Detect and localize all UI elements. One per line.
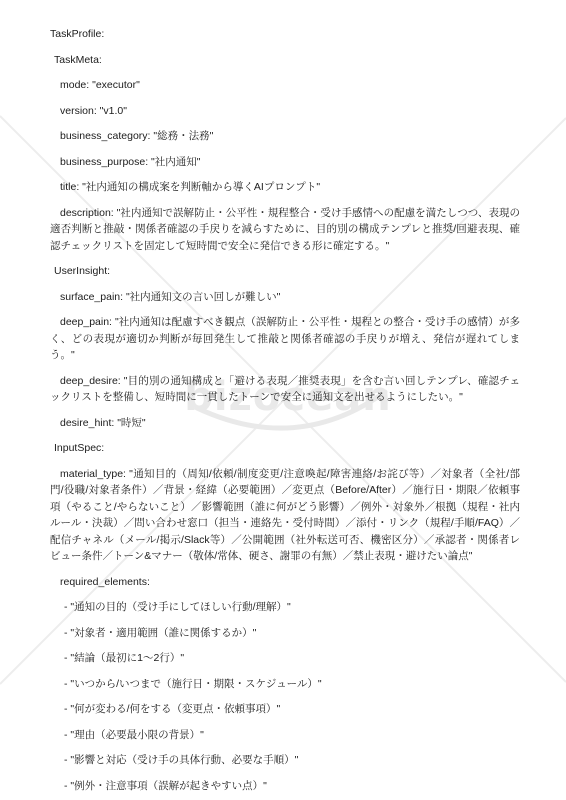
yaml-line: deep_desire: "目的別の通知構成と「避ける表現／推奨表現」を含む言い… — [50, 373, 520, 406]
yaml-line: deep_pain: "社内通知は配慮すべき観点（誤解防止・公平性・規程との整合… — [50, 314, 520, 364]
yaml-line: desire_hint: "時短" — [50, 415, 520, 432]
yaml-line: - "いつから/いつまで（施行日・期限・スケジュール）" — [50, 676, 520, 693]
yaml-line: - "例外・注意事項（誤解が起きやすい点）" — [50, 778, 520, 795]
yaml-line: - "通知の目的（受け手にしてほしい行動/理解）" — [50, 599, 520, 616]
yaml-line: version: "v1.0" — [50, 103, 520, 120]
yaml-line: - "理由（必要最小限の背景）" — [50, 727, 520, 744]
yaml-line: - "何が変わる/何をする（変更点・依頼事項）" — [50, 701, 520, 718]
yaml-line: InputSpec: — [50, 440, 520, 457]
yaml-line: TaskMeta: — [50, 52, 520, 69]
yaml-line: required_elements: — [50, 574, 520, 591]
yaml-line: title: "社内通知の構成案を判断軸から導くAIプロンプト" — [50, 179, 520, 196]
yaml-line: mode: "executor" — [50, 77, 520, 94]
yaml-line: material_type: "通知目的（周知/依頼/制度変更/注意喚起/障害連… — [50, 466, 520, 565]
yaml-line: surface_pain: "社内通知文の言い回しが難しい" — [50, 289, 520, 306]
yaml-line: TaskProfile: — [50, 26, 520, 43]
yaml-line: - "結論（最初に1～2行）" — [50, 650, 520, 667]
yaml-line: UserInsight: — [50, 263, 520, 280]
yaml-line: business_purpose: "社内通知" — [50, 154, 520, 171]
yaml-line: - "対象者・適用範囲（誰に関係するか）" — [50, 625, 520, 642]
document-page: bizocean TaskProfile:TaskMeta:mode: "exe… — [0, 0, 566, 800]
yaml-line: description: "社内通知で誤解防止・公平性・規程整合・受け手感情への… — [50, 205, 520, 255]
yaml-document: TaskProfile:TaskMeta:mode: "executor"ver… — [0, 0, 566, 800]
yaml-line: - "影響と対応（受け手の具体行動、必要な手順）" — [50, 752, 520, 769]
yaml-line: business_category: "総務・法務" — [50, 128, 520, 145]
